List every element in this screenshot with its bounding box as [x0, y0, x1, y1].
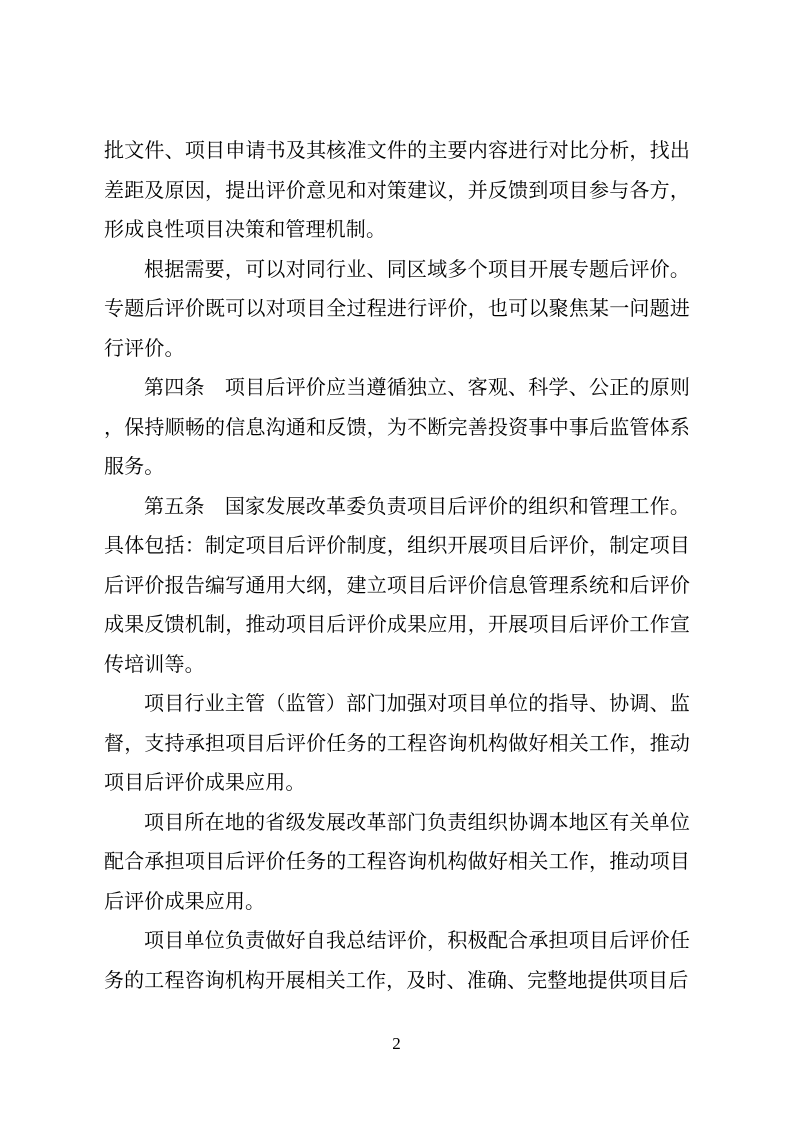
paragraph-2: 根据需要，可以对同行业、同区域多个项目开展专题后评价。专题后评价既可以对项目全过…	[104, 251, 690, 370]
paragraph-5: 项目行业主管（监管）部门加强对项目单位的指导、协调、监督，支持承担项目后评价任务…	[104, 685, 690, 804]
document-page: 批文件、项目申请书及其核准文件的主要内容进行对比分析，找出差距及原因，提出评价意…	[0, 0, 793, 1122]
document-body: 批文件、项目申请书及其核准文件的主要内容进行对比分析，找出差距及原因，提出评价意…	[104, 132, 690, 1001]
paragraph-4: 第五条 国家发展改革委负责项目后评价的组织和管理工作。具体包括：制定项目后评价制…	[104, 488, 690, 686]
page-number: 2	[0, 1034, 793, 1054]
paragraph-7: 项目单位负责做好自我总结评价，积极配合承担项目后评价任务的工程咨询机构开展相关工…	[104, 922, 690, 1001]
paragraph-3: 第四条 项目后评价应当遵循独立、客观、科学、公正的原则，保持顺畅的信息沟通和反馈…	[104, 369, 690, 488]
paragraph-1: 批文件、项目申请书及其核准文件的主要内容进行对比分析，找出差距及原因，提出评价意…	[104, 132, 690, 251]
paragraph-6: 项目所在地的省级发展改革部门负责组织协调本地区有关单位配合承担项目后评价任务的工…	[104, 804, 690, 923]
